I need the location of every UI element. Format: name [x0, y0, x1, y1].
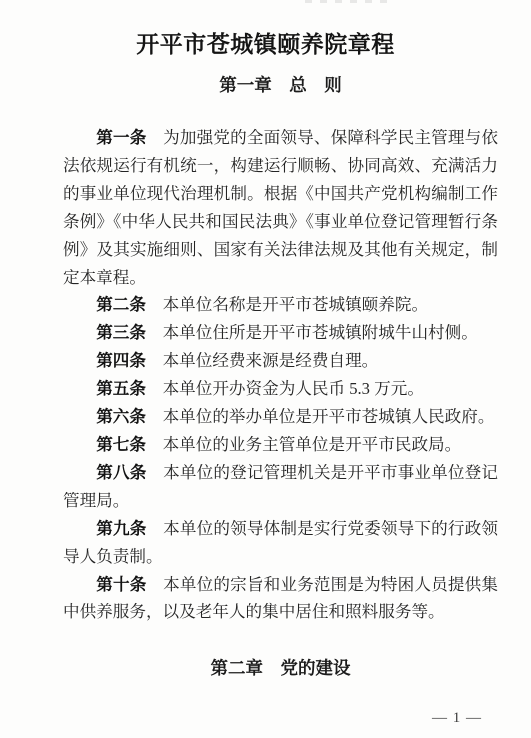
page-number: — 1 —	[432, 710, 482, 727]
article-number: 第一条	[96, 128, 146, 147]
article-text: 本单位住所是开平市苍城镇附城牛山村侧。	[163, 323, 478, 342]
document-page: 开平市苍城镇颐养院章程 第一章 总 则 第一条为加强党的全面领导、保障科学民主管…	[0, 0, 531, 738]
article-paragraph: 第七条本单位的业务主管单位是开平市民政局。	[63, 431, 498, 459]
article-number: 第十条	[96, 575, 146, 594]
article-number: 第四条	[96, 351, 146, 370]
article-number: 第七条	[96, 435, 146, 454]
article-paragraph: 第三条本单位住所是开平市苍城镇附城牛山村侧。	[63, 319, 498, 347]
article-paragraph: 第十条本单位的宗旨和业务范围是为特困人员提供集中供养服务，以及老年人的集中居住和…	[63, 571, 498, 627]
article-number: 第二条	[96, 295, 146, 314]
article-paragraph: 第五条本单位开办资金为人民币 5.3 万元。	[63, 375, 498, 403]
article-number: 第九条	[96, 519, 146, 538]
article-paragraph: 第四条本单位经费来源是经费自理。	[63, 347, 498, 375]
article-text: 本单位的举办单位是开平市苍城镇人民政府。	[163, 407, 495, 426]
document-body: 第一条为加强党的全面领导、保障科学民主管理与依法依规运行有机统一，构建运行顺畅、…	[63, 124, 498, 626]
article-text: 本单位开办资金为人民币 5.3 万元。	[163, 379, 424, 398]
chapter-1-heading: 第一章 总 则	[63, 72, 498, 97]
article-paragraph: 第一条为加强党的全面领导、保障科学民主管理与依法依规运行有机统一，构建运行顺畅、…	[63, 124, 498, 291]
article-number: 第六条	[96, 407, 146, 426]
article-text: 为加强党的全面领导、保障科学民主管理与依法依规运行有机统一，构建运行顺畅、协同高…	[63, 128, 498, 287]
article-number: 第五条	[96, 379, 146, 398]
article-paragraph: 第八条本单位的登记管理机关是开平市事业单位登记管理局。	[63, 459, 498, 515]
article-paragraph: 第九条本单位的领导体制是实行党委领导下的行政领导人负责制。	[63, 515, 498, 571]
article-number: 第八条	[96, 463, 146, 482]
chapter-2-heading: 第二章 党的建设	[63, 655, 498, 680]
article-text: 本单位的业务主管单位是开平市民政局。	[163, 435, 462, 454]
article-text: 本单位经费来源是经费自理。	[163, 351, 379, 370]
scan-artifact-top	[305, 0, 395, 3]
article-paragraph: 第二条本单位名称是开平市苍城镇颐养院。	[63, 291, 498, 319]
article-paragraph: 第六条本单位的举办单位是开平市苍城镇人民政府。	[63, 403, 498, 431]
article-number: 第三条	[96, 323, 146, 342]
document-title: 开平市苍城镇颐养院章程	[0, 26, 531, 59]
article-text: 本单位名称是开平市苍城镇颐养院。	[163, 295, 429, 314]
